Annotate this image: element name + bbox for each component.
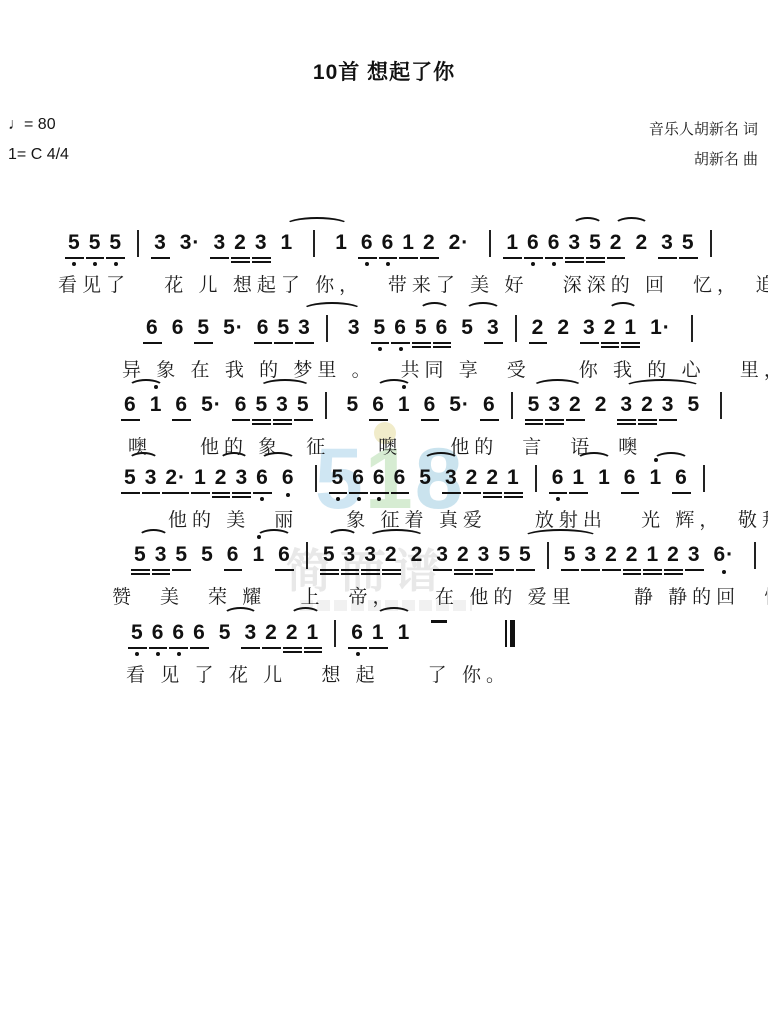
slur-arc [614, 217, 649, 233]
note: 1 [281, 230, 294, 256]
note: 5 [131, 620, 144, 646]
barline [547, 542, 549, 569]
note: 5 [419, 465, 432, 491]
note: 3 [584, 542, 597, 568]
note: 6 [548, 230, 561, 256]
note: 6 [257, 315, 270, 341]
note: 2 [234, 230, 247, 256]
note: 6 [483, 392, 496, 418]
slur-arc [327, 529, 358, 545]
note: 5 [374, 315, 387, 341]
note: 6 [624, 465, 637, 491]
note: 5 [277, 315, 290, 341]
note: 5 [564, 542, 577, 568]
note: 2 [604, 315, 617, 341]
note: 2 [569, 392, 582, 418]
note: 1 [572, 465, 585, 491]
note: 2 [635, 230, 648, 256]
dash-note [431, 620, 447, 623]
slur-arc [608, 302, 638, 318]
note: 6 [372, 392, 385, 418]
score-line: 566653221611看 见 了 花 儿 想 起 了 你。 [0, 604, 768, 687]
barline [334, 620, 336, 647]
final-barline [505, 620, 515, 647]
slur-arc [128, 452, 159, 468]
barline [515, 315, 517, 342]
note: 6 [394, 465, 407, 491]
note: 5 [255, 392, 268, 418]
note: 2 [605, 542, 618, 568]
note: 3 [344, 542, 357, 568]
note: 6 [175, 392, 188, 418]
slur-arc [419, 302, 450, 318]
note: 1 [194, 465, 207, 491]
note: 3 [620, 392, 633, 418]
note: 3 [568, 230, 581, 256]
note: 3· [180, 230, 201, 256]
barline [535, 465, 537, 492]
note: 5 [589, 230, 602, 256]
slur-arc [624, 379, 701, 395]
note: 3 [276, 392, 289, 418]
note: 1 [507, 465, 520, 491]
barline [326, 315, 328, 342]
barline [691, 315, 693, 342]
note: 5· [201, 392, 222, 418]
note: 5 [323, 542, 336, 568]
slur-arc [423, 452, 459, 468]
note: 1· [650, 315, 671, 341]
note: 6 [527, 230, 540, 256]
note: 3 [154, 230, 167, 256]
slur-arc [259, 379, 311, 395]
note: 5 [297, 392, 310, 418]
note: 6 [373, 465, 386, 491]
slur-arc [376, 607, 412, 623]
note: 2 [610, 230, 623, 256]
note: 3 [583, 315, 596, 341]
note: 2 [385, 542, 398, 568]
note: 3 [445, 465, 458, 491]
note: 1 [307, 620, 320, 646]
note: 1 [398, 620, 411, 646]
note: 5 [519, 542, 532, 568]
slur-arc [572, 217, 603, 233]
slur-arc [256, 529, 292, 545]
note: 6 [552, 465, 565, 491]
note: 6 [351, 620, 364, 646]
note: 3 [213, 230, 226, 256]
slur-arc [260, 452, 296, 468]
note: 2 [641, 392, 654, 418]
slur-arc [290, 607, 321, 623]
note: 5 [687, 392, 700, 418]
note: 6 [193, 620, 206, 646]
barline [720, 392, 722, 419]
note: 5 [134, 542, 147, 568]
note: 6 [124, 392, 137, 418]
note: 5· [449, 392, 470, 418]
note: 3 [688, 542, 701, 568]
barline [489, 230, 491, 257]
note: 6 [394, 315, 407, 341]
slur-arc [653, 452, 689, 468]
note: 6 [152, 620, 165, 646]
note: 6 [424, 392, 437, 418]
score: 55533·3231166122·166352235看见了 花 儿 想起了 你，… [0, 0, 768, 1024]
note: 6 [352, 465, 365, 491]
note: 6 [227, 542, 240, 568]
note: 3 [235, 465, 248, 491]
barline [511, 392, 513, 419]
note: 5 [332, 465, 345, 491]
note: 3 [662, 392, 675, 418]
note: 1 [372, 620, 385, 646]
score-line: 6165·653556165·653223235噢 他的 象 征 噢 他的 言 … [0, 376, 768, 459]
note: 2 [286, 620, 299, 646]
note: 6 [361, 230, 374, 256]
note: 5 [415, 315, 428, 341]
note: 5 [219, 620, 232, 646]
barline [754, 542, 756, 569]
slur-arc [219, 452, 249, 468]
note: 2 [626, 542, 639, 568]
note: 2 [411, 542, 424, 568]
note: 1 [506, 230, 519, 256]
sheet-music-page: 518 简而谱 10首 想起了你 ♩= 80 1= C 4/4 音乐人胡新名 词… [0, 0, 768, 1024]
note: 5 [461, 315, 474, 341]
note: 3 [244, 620, 257, 646]
note: 1 [646, 542, 659, 568]
note: 3 [255, 230, 268, 256]
slur-arc [523, 529, 598, 545]
note: 2 [466, 465, 479, 491]
notes-row: 5355616533223235553221236· [130, 526, 768, 568]
slur-arc [465, 302, 501, 318]
note: 3 [348, 315, 361, 341]
note: 2 [215, 465, 228, 491]
score-line: 532·12366566653221611616他的 美 丽 象 征着 真爱 放… [0, 449, 768, 532]
barline [313, 230, 315, 257]
barline [703, 465, 705, 492]
note: 2 [265, 620, 278, 646]
note: 5 [124, 465, 137, 491]
note: 5 [201, 542, 214, 568]
slur-arc [128, 379, 164, 395]
note: 2 [667, 542, 680, 568]
note: 2 [532, 315, 545, 341]
note: 5 [682, 230, 695, 256]
lyrics-row: 看 见 了 花 儿 想 起 了 你。 [126, 660, 768, 687]
note: 1 [252, 542, 265, 568]
note: 5 [528, 392, 541, 418]
note: 6 [172, 620, 185, 646]
notes-row: 6165·653556165·653223235 [120, 376, 768, 418]
note: 1 [598, 465, 611, 491]
slur-arc [138, 529, 169, 545]
score-line: 55533·3231166122·166352235看见了 花 儿 想起了 你，… [0, 214, 768, 297]
note: 3 [436, 542, 449, 568]
note: 2· [449, 230, 470, 256]
note: 6 [382, 230, 395, 256]
note: 1 [624, 315, 637, 341]
note: 6 [282, 465, 295, 491]
note: 6 [172, 315, 185, 341]
note: 6· [714, 542, 735, 568]
note: 5 [68, 230, 81, 256]
note: 3 [487, 315, 500, 341]
note: 3 [661, 230, 674, 256]
note: 6 [146, 315, 159, 341]
score-line: 6655·6533565653223211·异 象 在 我 的 梦里 。 共同 … [0, 299, 768, 382]
barline [325, 392, 327, 419]
note: 3 [155, 542, 168, 568]
slur-arc [223, 607, 258, 623]
note: 2· [165, 465, 186, 491]
score-line: 5355616533223235553221236·赞 美 荣 耀 上 帝， 在… [0, 526, 768, 609]
note: 2 [595, 392, 608, 418]
note: 3 [145, 465, 158, 491]
note: 1 [649, 465, 662, 491]
note: 5 [109, 230, 122, 256]
notes-row: 6655·6533565653223211· [142, 299, 768, 341]
note: 5· [223, 315, 244, 341]
note: 6 [278, 542, 291, 568]
note: 2 [557, 315, 570, 341]
note: 5 [197, 315, 210, 341]
slur-arc [302, 302, 362, 318]
note: 6 [256, 465, 269, 491]
note: 1 [398, 392, 411, 418]
note: 1 [150, 392, 163, 418]
barline [306, 542, 308, 569]
slur-arc [576, 452, 612, 468]
note: 5 [498, 542, 511, 568]
note: 3 [364, 542, 377, 568]
slur-arc [376, 379, 412, 395]
note: 2 [457, 542, 470, 568]
note: 3 [548, 392, 561, 418]
note: 2 [423, 230, 436, 256]
barline [710, 230, 712, 257]
lyrics-row: 看见了 花 儿 想起了 你， 带来了 美 好 深深的 回 忆， 追随 [58, 270, 768, 297]
notes-row: 532·12366566653221611616 [120, 449, 768, 491]
notes-row: 566653221611 [127, 604, 768, 646]
notes-row: 55533·3231166122·166352235 [64, 214, 768, 256]
note: 6 [235, 392, 248, 418]
slur-arc [368, 529, 425, 545]
note: 5 [175, 542, 188, 568]
note: 5 [89, 230, 102, 256]
note: 1 [402, 230, 415, 256]
slur-arc [285, 217, 349, 233]
note: 5 [347, 392, 360, 418]
barline [137, 230, 139, 257]
slur-arc [532, 379, 583, 395]
note: 3 [298, 315, 311, 341]
note: 1 [335, 230, 348, 256]
note: 2 [486, 465, 499, 491]
note: 6 [436, 315, 449, 341]
note: 3 [478, 542, 491, 568]
barline [315, 465, 317, 492]
note: 6 [675, 465, 688, 491]
